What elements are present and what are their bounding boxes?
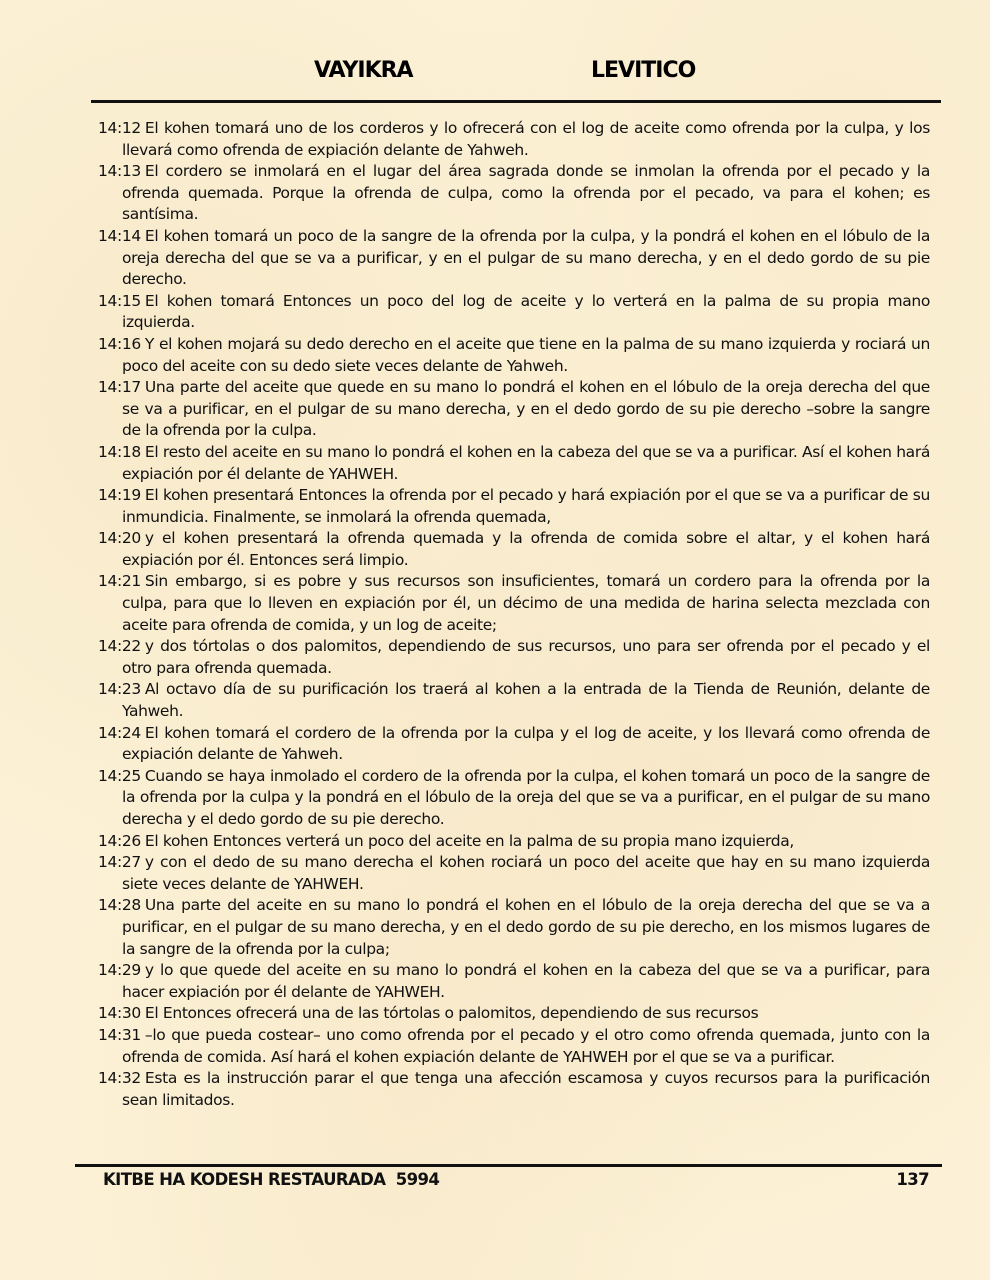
verse-ref: 14:21: [98, 572, 141, 590]
verse: 14:13El cordero se inmolará en el lugar …: [98, 161, 930, 226]
footer-title: KITBE HA KODESH RESTAURADA 5994: [103, 1170, 439, 1189]
verse-text: El kohen presentará Entonces la ofrenda …: [122, 486, 930, 526]
verse-ref: 14:24: [98, 724, 141, 742]
verse-text: y con el dedo de su mano derecha el kohe…: [122, 853, 930, 893]
footer-divider: [75, 1164, 942, 1167]
verse-text: y lo que quede del aceite en su mano lo …: [122, 961, 930, 1001]
verse: 14:24El kohen tomará el cordero de la of…: [98, 723, 930, 766]
verse-text: El cordero se inmolará en el lugar del á…: [122, 162, 930, 223]
verse: 14:21Sin embargo, si es pobre y sus recu…: [98, 571, 930, 636]
verse: 14:16Y el kohen mojará su dedo derecho e…: [98, 334, 930, 377]
verse-text: y el kohen presentará la ofrenda quemada…: [122, 529, 930, 569]
verse-ref: 14:27: [98, 853, 141, 871]
verse-ref: 14:31: [98, 1026, 141, 1044]
verse: 14:15El kohen tomará Entonces un poco de…: [98, 291, 930, 334]
verse-ref: 14:29: [98, 961, 141, 979]
verse-ref: 14:13: [98, 162, 141, 180]
verse: 14:29y lo que quede del aceite en su man…: [98, 960, 930, 1003]
verse-ref: 14:17: [98, 378, 141, 396]
verse: 14:17Una parte del aceite que quede en s…: [98, 377, 930, 442]
verse: 14:18El resto del aceite en su mano lo p…: [98, 442, 930, 485]
verse-ref: 14:18: [98, 443, 141, 461]
verse-ref: 14:16: [98, 335, 141, 353]
verse-text: Al octavo día de su purificación los tra…: [122, 680, 930, 720]
page-header: VAYIKRA LEVITICO: [0, 58, 990, 90]
verse: 14:23Al octavo día de su purificación lo…: [98, 679, 930, 722]
verse-ref: 14:22: [98, 637, 141, 655]
verse-ref: 14:14: [98, 227, 141, 245]
verse: 14:25Cuando se haya inmolado el cordero …: [98, 766, 930, 831]
book-name-hebrew: VAYIKRA: [314, 58, 413, 83]
verse: 14:30El Entonces ofrecerá una de las tór…: [98, 1003, 930, 1025]
verse: 14:14El kohen tomará un poco de la sangr…: [98, 226, 930, 291]
verse-ref: 14:15: [98, 292, 141, 310]
verse: 14:12El kohen tomará uno de los corderos…: [98, 118, 930, 161]
verse-ref: 14:32: [98, 1069, 141, 1087]
verse: 14:31–lo que pueda costear– uno como ofr…: [98, 1025, 930, 1068]
verse-ref: 14:23: [98, 680, 141, 698]
verse-text: Y el kohen mojará su dedo derecho en el …: [122, 335, 930, 375]
verse-ref: 14:26: [98, 832, 141, 850]
verse-text: Sin embargo, si es pobre y sus recursos …: [122, 572, 930, 633]
verse: 14:22y dos tórtolas o dos palomitos, dep…: [98, 636, 930, 679]
verse-ref: 14:28: [98, 896, 141, 914]
verse: 14:32Esta es la instrucción parar el que…: [98, 1068, 930, 1111]
verse-ref: 14:25: [98, 767, 141, 785]
header-divider: [91, 100, 941, 103]
verse-text: Una parte del aceite que quede en su man…: [122, 378, 930, 439]
verse-text: El Entonces ofrecerá una de las tórtolas…: [145, 1004, 758, 1022]
verse: 14:20y el kohen presentará la ofrenda qu…: [98, 528, 930, 571]
verse-text: –lo que pueda costear– uno como ofrenda …: [122, 1026, 930, 1066]
verse-text: El kohen tomará Entonces un poco del log…: [122, 292, 930, 332]
verse-text: El kohen Entonces verterá un poco del ac…: [145, 832, 794, 850]
verse: 14:27y con el dedo de su mano derecha el…: [98, 852, 930, 895]
verse-ref: 14:19: [98, 486, 141, 504]
book-name-spanish: LEVITICO: [591, 58, 695, 83]
verse: 14:28Una parte del aceite en su mano lo …: [98, 895, 930, 960]
verse-list: 14:12El kohen tomará uno de los corderos…: [98, 118, 930, 1111]
verse-text: Una parte del aceite en su mano lo pondr…: [122, 896, 930, 957]
page-number: 137: [896, 1170, 929, 1189]
page-footer: KITBE HA KODESH RESTAURADA 5994 137: [103, 1170, 929, 1194]
verse-text: El resto del aceite en su mano lo pondrá…: [122, 443, 930, 483]
verse-ref: 14:30: [98, 1004, 141, 1022]
verse: 14:19El kohen presentará Entonces la ofr…: [98, 485, 930, 528]
verse: 14:26El kohen Entonces verterá un poco d…: [98, 831, 930, 853]
verse-text: Cuando se haya inmolado el cordero de la…: [122, 767, 930, 828]
verse-ref: 14:20: [98, 529, 141, 547]
verse-text: El kohen tomará uno de los corderos y lo…: [122, 119, 930, 159]
verse-text: Esta es la instrucción parar el que teng…: [122, 1069, 930, 1109]
verse-ref: 14:12: [98, 119, 141, 137]
verse-text: El kohen tomará el cordero de la ofrenda…: [122, 724, 930, 764]
verse-text: y dos tórtolas o dos palomitos, dependie…: [122, 637, 930, 677]
verse-text: El kohen tomará un poco de la sangre de …: [122, 227, 930, 288]
